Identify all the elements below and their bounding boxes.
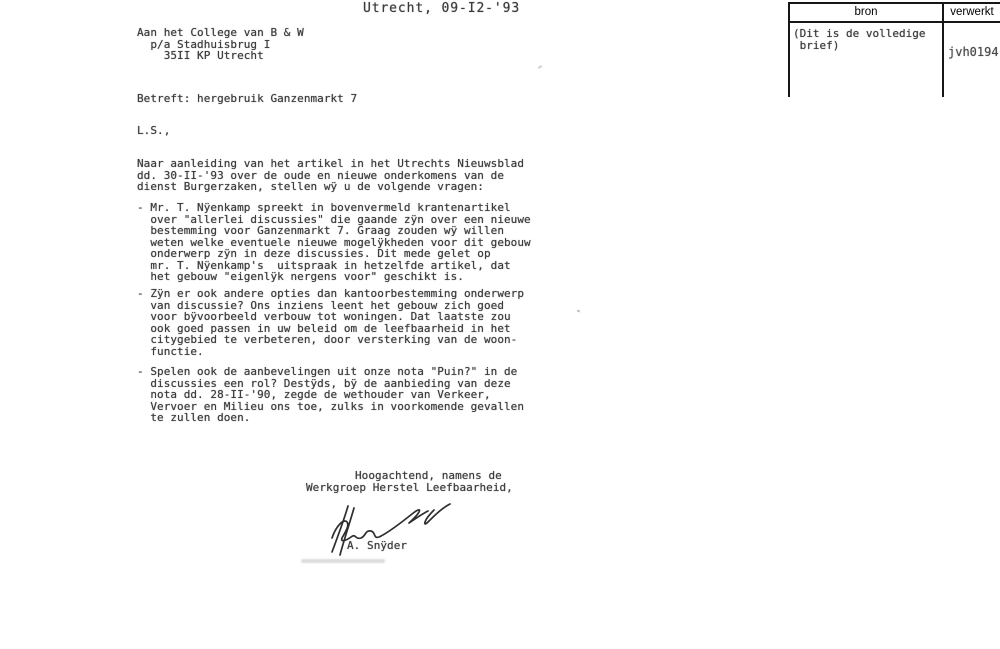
closing-line-1: Hoogachtend, namens de xyxy=(355,470,502,482)
bullet-item-1: - Mr. T. Nÿenkamp spreekt in bovenvermel… xyxy=(137,202,531,283)
scan-speck-tick xyxy=(538,65,542,69)
scan-speck-plus xyxy=(496,304,501,309)
stamp-header-row: bron verwerkt xyxy=(790,4,1000,23)
bron-note: (Dit is de volledige brief) xyxy=(790,23,942,97)
stamp-body-row: (Dit is de volledige brief) jvh0194 xyxy=(790,23,1000,97)
scan-smudge xyxy=(301,559,385,563)
dateline: Utrecht, 09-I2-'93 xyxy=(363,3,520,15)
bron-column-header: bron xyxy=(790,4,942,21)
signer-name: A. Snÿder xyxy=(347,540,407,552)
bullet-item-2: - Zÿn er ook andere opties dan kantoorbe… xyxy=(137,288,524,357)
processing-stamp-table: bron verwerkt (Dit is de volledige brief… xyxy=(788,2,1000,97)
recipient-address: Aan het College van B & W p/a Stadhuisbr… xyxy=(137,27,304,62)
salutation: L.S., xyxy=(137,125,170,137)
scan-speck-dot xyxy=(577,310,581,313)
closing-line-2: Werkgroep Herstel Leefbaarheid, xyxy=(306,482,513,494)
verwerkt-column-header: verwerkt xyxy=(942,4,1000,21)
verwerkt-code: jvh0194 xyxy=(942,23,1000,97)
intro-paragraph: Naar aanleiding van het artikel in het U… xyxy=(137,158,524,193)
scanned-letter-page: bron verwerkt (Dit is de volledige brief… xyxy=(0,0,1000,649)
subject-line: Betreft: hergebruik Ganzenmarkt 7 xyxy=(137,93,357,105)
bullet-item-3: - Spelen ook de aanbevelingen uit onze n… xyxy=(137,366,524,424)
